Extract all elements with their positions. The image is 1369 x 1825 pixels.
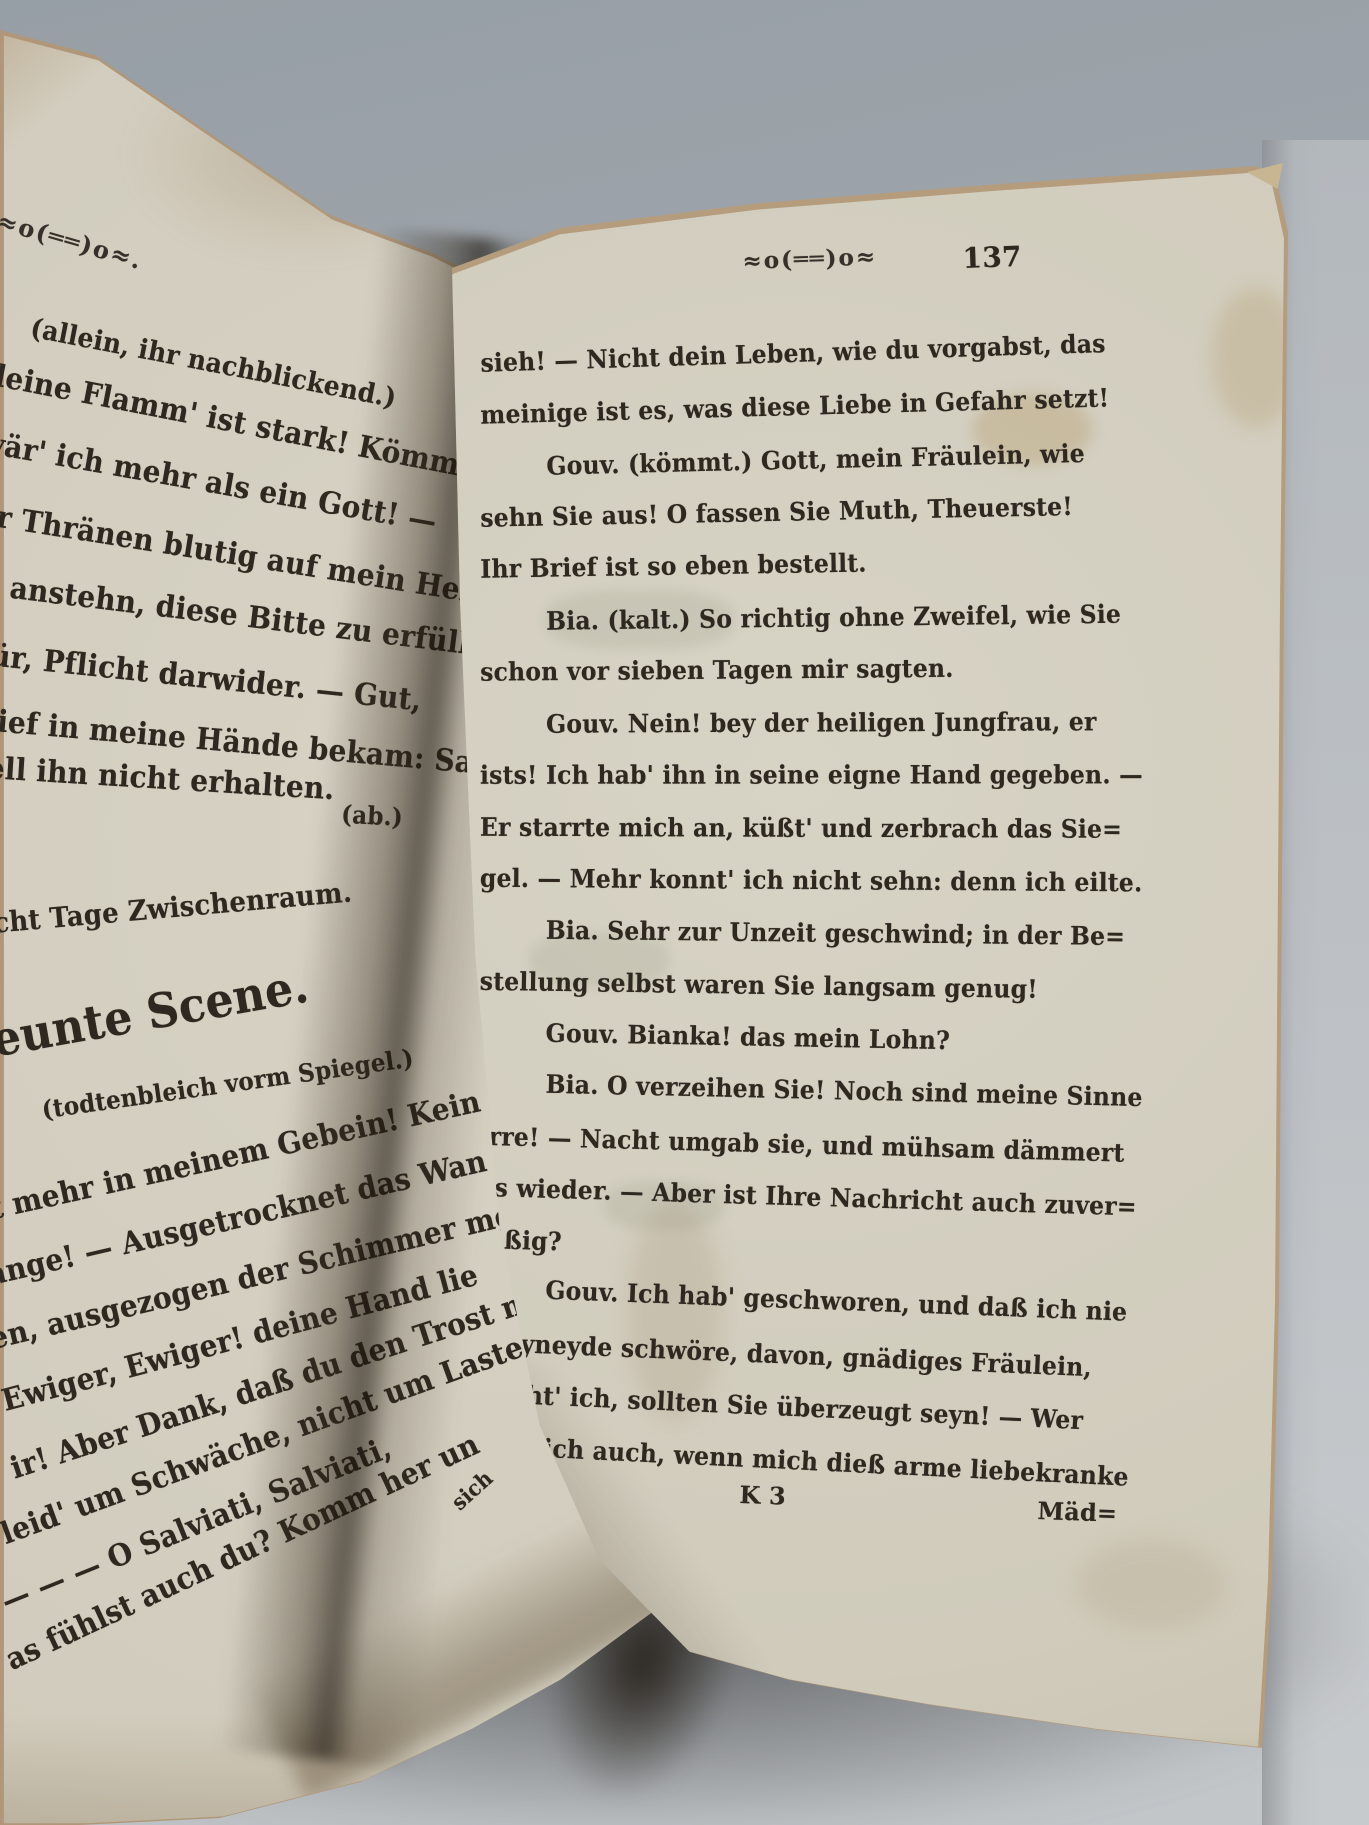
book-photo: { "palette": { "background_top": "#99a0a… (0, 0, 1369, 1825)
left-page-line: cht Tage Zwischenraum. (0, 877, 353, 941)
right-page-line: ists! Ich hab' ihn in seine eigne Hand g… (480, 760, 1143, 791)
right-page-line: wär' ich auch, wenn mich dieß arme liebe… (479, 1430, 1130, 1492)
right-page-line: Ihr Brief ist so eben bestellt. (480, 548, 867, 584)
stain (303, 125, 442, 215)
right-page-line: Er starrte mich an, küßt' und zerbrach d… (480, 812, 1122, 844)
right-page-line: Gouv. Nein! bey der heiligen Jungfrau, e… (546, 706, 1097, 739)
signature-mark: K 3 (739, 1480, 786, 1511)
right-page-line: irre! — Nacht umgab sie, und mühsam dämm… (479, 1121, 1125, 1168)
right-page-line: Gouv. Ich hab' geschworen, und daß ich n… (545, 1275, 1128, 1327)
right-page-line: es wieder. — Aber ist Ihre Nachricht auc… (479, 1172, 1137, 1222)
right-page-line: Meyneyde schwöre, davon, gnädiges Fräule… (479, 1327, 1093, 1383)
right-page-line: stellung selbst waren Sie langsam genug! (480, 966, 1038, 1004)
left-page-line: eunte Scene. (0, 958, 313, 1068)
right-page-line: schon vor sieben Tagen mir sagten. (480, 653, 954, 687)
right-page-line: Gouv. Bianka! das mein Lohn? (545, 1018, 950, 1056)
right-page-line: sieh! — Nicht dein Leben, wie du vorgabs… (480, 328, 1106, 378)
right-page-line: Bia. Sehr zur Unzeit geschwind; in der B… (546, 915, 1126, 952)
header-ornament: ≈o(══)o≈. (0, 206, 146, 275)
right-page-line: Gouv. (kömmt.) Gott, mein Fräulein, wie (546, 438, 1085, 481)
right-page-line: sehn Sie aus! O fassen Sie Muth, Theuers… (480, 491, 1073, 533)
right-page-line: meinige ist es, was diese Liebe in Gefah… (480, 382, 1110, 430)
right-page-line: gel. — Mehr konnt' ich nicht sehn: denn … (480, 863, 1143, 898)
right-page-line: Bia. (kalt.) So richtig ohne Zweifel, wi… (546, 598, 1121, 635)
right-page-line: Bia. O verzeihen Sie! Noch sind meine Si… (545, 1069, 1143, 1113)
page-number: 137 (962, 240, 1022, 275)
catchword: Mäd= (1037, 1496, 1118, 1528)
header-ornament: ≈o(══)o≈ (742, 243, 878, 275)
right-page-line: dächt' ich, sollten Sie überzeugt seyn! … (479, 1378, 1084, 1436)
